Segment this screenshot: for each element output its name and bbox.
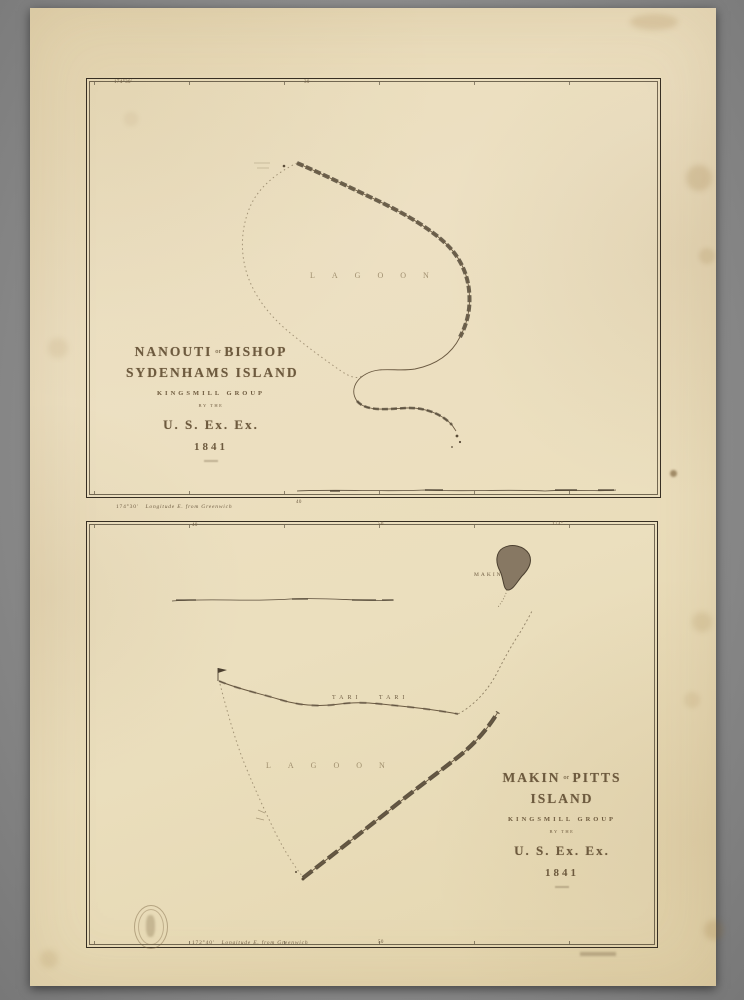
stain bbox=[704, 920, 724, 940]
makin-lagoon-label: LAGOON bbox=[266, 761, 402, 770]
makin-longitude-caption: 172°40'Longitude E. from Greenwich bbox=[192, 940, 308, 946]
scan-backdrop: 174°30' 30 40 LAGOON NANOUTIo bbox=[0, 0, 744, 1000]
makin-year: 1841 bbox=[482, 867, 642, 879]
map-sheet: 174°30' 30 40 LAGOON NANOUTIo bbox=[30, 8, 716, 986]
makin-conj: or bbox=[563, 775, 569, 781]
nanouti-by-line: BY THE bbox=[126, 403, 296, 408]
nanouti-longitude-caption: 174°30'Longitude E. from Greenwich bbox=[116, 504, 232, 510]
longitude-graduation-ticks bbox=[94, 491, 653, 494]
makin-name-a: MAKIN bbox=[502, 770, 560, 785]
nanouti-name-b: BISHOP bbox=[224, 344, 287, 359]
nanouti-title-block: NANOUTIorBISHOP SYDENHAMS ISLAND KINGSMI… bbox=[126, 344, 296, 462]
stain bbox=[692, 612, 712, 632]
stain bbox=[686, 165, 712, 191]
stain bbox=[40, 950, 58, 968]
makin-group-line: KINGSMILL GROUP bbox=[482, 816, 642, 823]
longitude-tick-label: 40 bbox=[192, 523, 198, 528]
longitude-tick-label: 173° bbox=[552, 522, 563, 527]
nanouti-caption-degrees: 174°30' bbox=[116, 504, 139, 510]
stain bbox=[48, 338, 68, 358]
stain bbox=[684, 692, 700, 708]
makin-islet-label: MAKIN bbox=[474, 572, 503, 578]
makin-title-block: MAKINorPITTS ISLAND KINGSMILL GROUP BY T… bbox=[482, 770, 642, 888]
nanouti-lagoon-label: LAGOON bbox=[310, 271, 446, 280]
nanouti-name-a: NANOUTI bbox=[135, 344, 213, 359]
makin-by-line: BY THE bbox=[482, 829, 642, 834]
nanouti-title-line1: NANOUTIorBISHOP bbox=[126, 344, 296, 360]
longitude-tick-label: 40 bbox=[296, 500, 302, 505]
stain bbox=[699, 248, 715, 264]
nanouti-conj: or bbox=[215, 349, 221, 355]
longitude-tick-label: 174°30' bbox=[114, 80, 132, 85]
makin-caption-degrees: 172°40' bbox=[192, 940, 215, 946]
longitude-tick-label: 30 bbox=[304, 80, 310, 85]
title-flourish bbox=[555, 886, 569, 888]
nanouti-expedition-line: U. S. Ex. Ex. bbox=[126, 417, 296, 433]
library-stamp bbox=[134, 905, 168, 949]
makin-name-b: PITTS bbox=[572, 770, 621, 785]
makin-expedition-line: U. S. Ex. Ex. bbox=[482, 843, 642, 859]
stain bbox=[630, 14, 678, 30]
longitude-tick-label: 50 bbox=[378, 522, 384, 527]
makin-title-line1: MAKINorPITTS bbox=[482, 770, 642, 786]
longitude-graduation-ticks bbox=[94, 82, 653, 85]
longitude-graduation-ticks bbox=[94, 941, 650, 944]
nanouti-year: 1841 bbox=[126, 441, 296, 453]
nanouti-title-line2: SYDENHAMS ISLAND bbox=[126, 365, 296, 381]
longitude-graduation-ticks bbox=[94, 525, 650, 528]
nanouti-caption-text: Longitude E. from Greenwich bbox=[146, 504, 233, 510]
title-flourish bbox=[204, 460, 218, 462]
nanouti-group-line: KINGSMILL GROUP bbox=[126, 390, 296, 397]
stain bbox=[670, 470, 677, 477]
engraver-imprint-smudge bbox=[580, 952, 616, 956]
longitude-tick-label: 50 bbox=[378, 940, 384, 945]
makin-title-line2: ISLAND bbox=[482, 791, 642, 807]
makin-caption-text: Longitude E. from Greenwich bbox=[222, 940, 309, 946]
tari-tari-label: TARI TARI bbox=[332, 695, 408, 701]
